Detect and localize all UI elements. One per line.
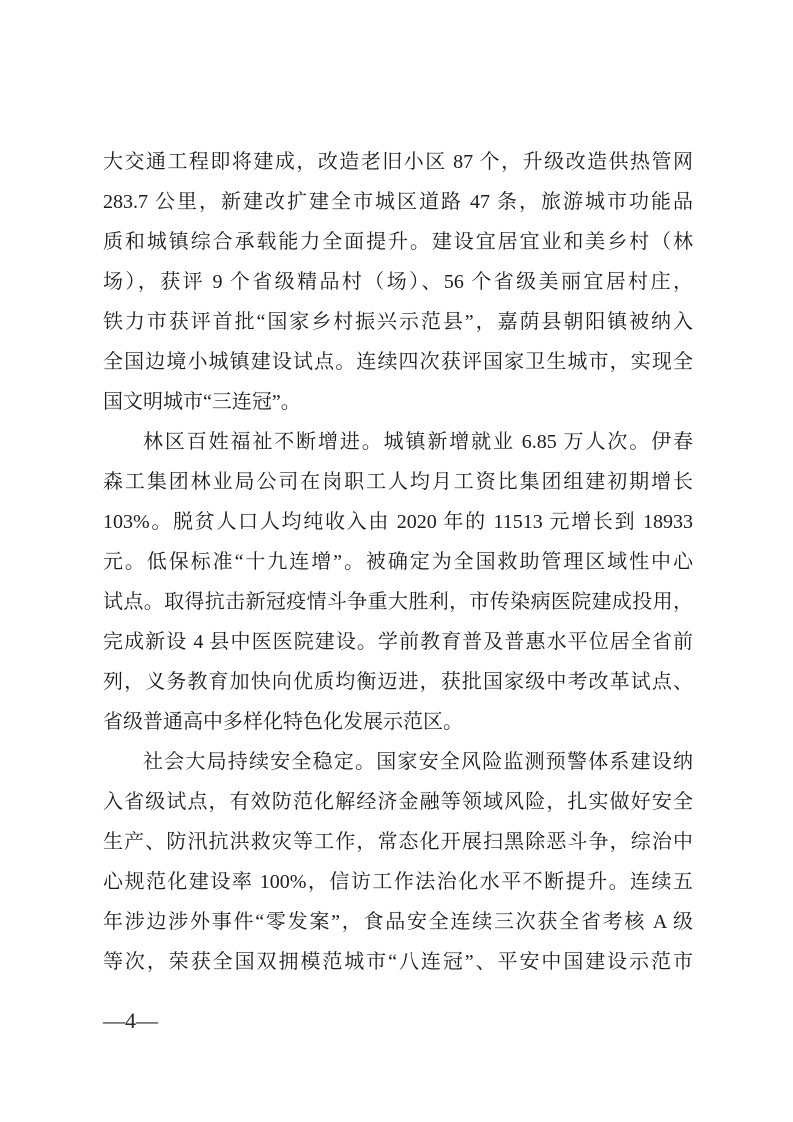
page-number: —4— <box>103 1006 158 1036</box>
text-line: 全国边境小城镇建设试点。连续四次获评国家卫生城市，实现全 <box>103 342 693 382</box>
text-line: 铁力市获评首批“国家乡村振兴示范县”，嘉荫县朝阳镇被纳入 <box>103 302 693 342</box>
text-line: 质和城镇综合承载能力全面提升。建设宜居宜业和美乡村（林 <box>103 222 693 262</box>
text-line: 森工集团林业局公司在岗职工人均月工资比集团组建初期增长 <box>103 462 693 502</box>
text-line: 103%。脱贫人口人均纯收入由 2020 年的 11513 元增长到 18933 <box>103 502 693 542</box>
text-line: 试点。取得抗击新冠疫情斗争重大胜利，市传染病医院建成投用， <box>103 582 693 622</box>
document-body: 大交通工程即将建成，改造老旧小区 87 个，升级改造供热管网283.7 公里，新… <box>103 142 693 982</box>
text-line: 元。低保标准“十九连增”。被确定为全国救助管理区域性中心 <box>103 542 693 582</box>
text-line: 心规范化建设率 100%，信访工作法治化水平不断提升。连续五 <box>103 862 693 902</box>
text-line: 生产、防汛抗洪救灾等工作，常态化开展扫黑除恶斗争，综治中 <box>103 822 693 862</box>
text-line: 社会大局持续安全稳定。国家安全风险监测预警体系建设纳 <box>103 742 693 782</box>
text-line: 林区百姓福祉不断增进。城镇新增就业 6.85 万人次。伊春 <box>103 422 693 462</box>
text-line: 列，义务教育加快向优质均衡迈进，获批国家级中考改革试点、 <box>103 662 693 702</box>
text-line: 场），获评 9 个省级精品村（场）、56 个省级美丽宜居村庄， <box>103 262 693 302</box>
text-line: 省级普通高中多样化特色化发展示范区。 <box>103 702 693 742</box>
document-page: 大交通工程即将建成，改造老旧小区 87 个，升级改造供热管网283.7 公里，新… <box>0 0 793 1122</box>
text-line: 283.7 公里，新建改扩建全市城区道路 47 条，旅游城市功能品 <box>103 182 693 222</box>
text-line: 等次，荣获全国双拥模范城市“八连冠”、平安中国建设示范市 <box>103 942 693 982</box>
text-line: 国文明城市“三连冠”。 <box>103 382 693 422</box>
text-line: 年涉边涉外事件“零发案”，食品安全连续三次获全省考核 A 级 <box>103 902 693 942</box>
text-line: 完成新设 4 县中医医院建设。学前教育普及普惠水平位居全省前 <box>103 622 693 662</box>
text-line: 大交通工程即将建成，改造老旧小区 87 个，升级改造供热管网 <box>103 142 693 182</box>
text-line: 入省级试点，有效防范化解经济金融等领域风险，扎实做好安全 <box>103 782 693 822</box>
